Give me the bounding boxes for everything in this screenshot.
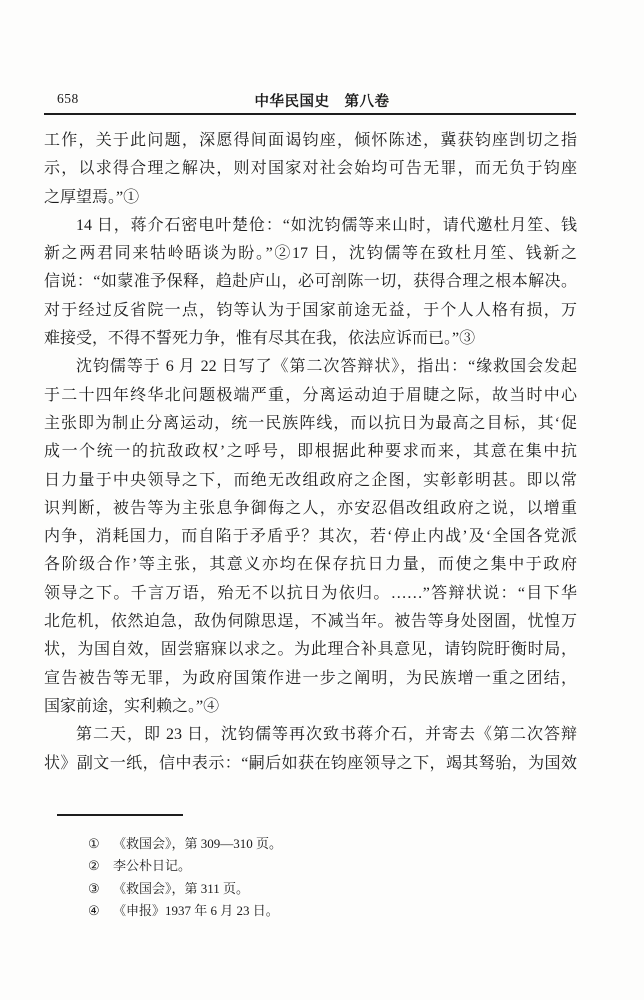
body-line: 14 日，蒋介石密电叶楚伧：“如沈钧儒等来山时，请代邀杜月笙、钱: [44, 212, 577, 240]
body-line: 宣告被告等无罪，为政府国策作进一步之阐明，为民族增一重之团结，: [44, 665, 577, 693]
footnote-text: 李公朴日记。: [113, 855, 578, 877]
body-line: 内争，消耗国力，而自陷于矛盾乎？其次，若‘停止内战’及‘全国各党派: [44, 523, 577, 551]
body-line: 成一个统一的抗敌政权’之呼号，即根据此种要求而来，其意在集中抗: [44, 438, 577, 466]
footnote-marker: ②: [88, 855, 113, 877]
body-line: 难接受，不得不誓死力争，惟有尽其在我，依法应诉而已。”③: [44, 325, 577, 353]
body-line: 对于经过反省院一点，钧等认为于国家前途无益，于个人人格有损，万: [44, 297, 577, 325]
body-text: 工作，关于此问题，深愿得间面谒钧座，倾怀陈述，冀获钧座剀切之指 示，以求得合理之…: [44, 127, 577, 778]
footnotes-block: ① 《救国会》，第 309—310 页。 ② 李公朴日记。 ③ 《救国会》，第 …: [44, 833, 578, 923]
footnote-marker: ③: [88, 878, 113, 900]
body-line: 于二十四年终华北问题极端严重，分离运动迫于眉睫之际，故当时中心: [44, 382, 577, 410]
running-title: 中华民国史 第八卷: [0, 90, 644, 111]
footnote-text: 《救国会》，第 309—310 页。: [113, 833, 578, 855]
footnote: ③ 《救国会》，第 311 页。: [44, 878, 578, 900]
body-line: 新之两君同来牯岭晤谈为盼。”②17 日，沈钧儒等在致杜月笙、钱新之: [44, 240, 577, 268]
book-page: 658 中华民国史 第八卷 工作，关于此问题，深愿得间面谒钧座，倾怀陈述，冀获钧…: [0, 0, 644, 1000]
body-line: 之厚望焉。”①: [44, 184, 577, 212]
body-line: 领导之下。千言万语，殆无不以抗日为依归。……”答辩状说：“目下华: [44, 580, 577, 608]
body-line: 信说：“如蒙准予保释，趋赴庐山，必可剖陈一切，获得合理之根本解决。: [44, 268, 577, 296]
body-line: 识判断，被告等为主张息争御侮之人，亦安忍倡改组政府之说，以增重: [44, 495, 577, 523]
body-line: 国家前途，实利赖之。”④: [44, 693, 577, 721]
body-line: 沈钧儒等于 6 月 22 日写了《第二次答辩状》，指出：“缘救国会发起: [44, 353, 577, 381]
header-rule: [44, 113, 576, 115]
body-line: 主张即为制止分离运动，统一民族阵线，而以抗日为最高之目标，其‘促: [44, 410, 577, 438]
footnote-text: 《救国会》，第 311 页。: [113, 878, 578, 900]
body-line: 各阶级合作’等主张，其意义亦均在保存抗日力量，而使之集中于政府: [44, 551, 577, 579]
body-line: 第二天，即 23 日，沈钧儒等再次致书蒋介石，并寄去《第二次答辩: [44, 721, 577, 749]
body-line: 北危机，依然迫急，敌伪伺隙思逞，不减当年。被告等身处囹圄，忧惶万: [44, 608, 577, 636]
footnote-marker: ①: [88, 833, 113, 855]
body-line: 状》副文一纸，信中表示：“嗣后如获在钧座领导之下，竭其驽骀，为国效: [44, 750, 577, 778]
body-line: 状，为国自效，固尝寤寐以求之。为此理合补具意见，请钧院盱衡时局，: [44, 636, 577, 664]
footnote-text: 《申报》1937 年 6 月 23 日。: [113, 900, 578, 922]
body-line: 工作，关于此问题，深愿得间面谒钧座，倾怀陈述，冀获钧座剀切之指: [44, 127, 577, 155]
footnote-marker: ④: [88, 900, 113, 922]
body-line: 示，以求得合理之解决，则对国家对社会始均可告无罪，而无负于钧座: [44, 155, 577, 183]
footnote: ② 李公朴日记。: [44, 855, 578, 877]
footnote: ④ 《申报》1937 年 6 月 23 日。: [44, 900, 578, 922]
footnote: ① 《救国会》，第 309—310 页。: [44, 833, 578, 855]
footnote-separator: [57, 814, 183, 816]
body-line: 日力量于中央领导之下，而绝无改组政府之企图，实彰彰明甚。即以常: [44, 467, 577, 495]
